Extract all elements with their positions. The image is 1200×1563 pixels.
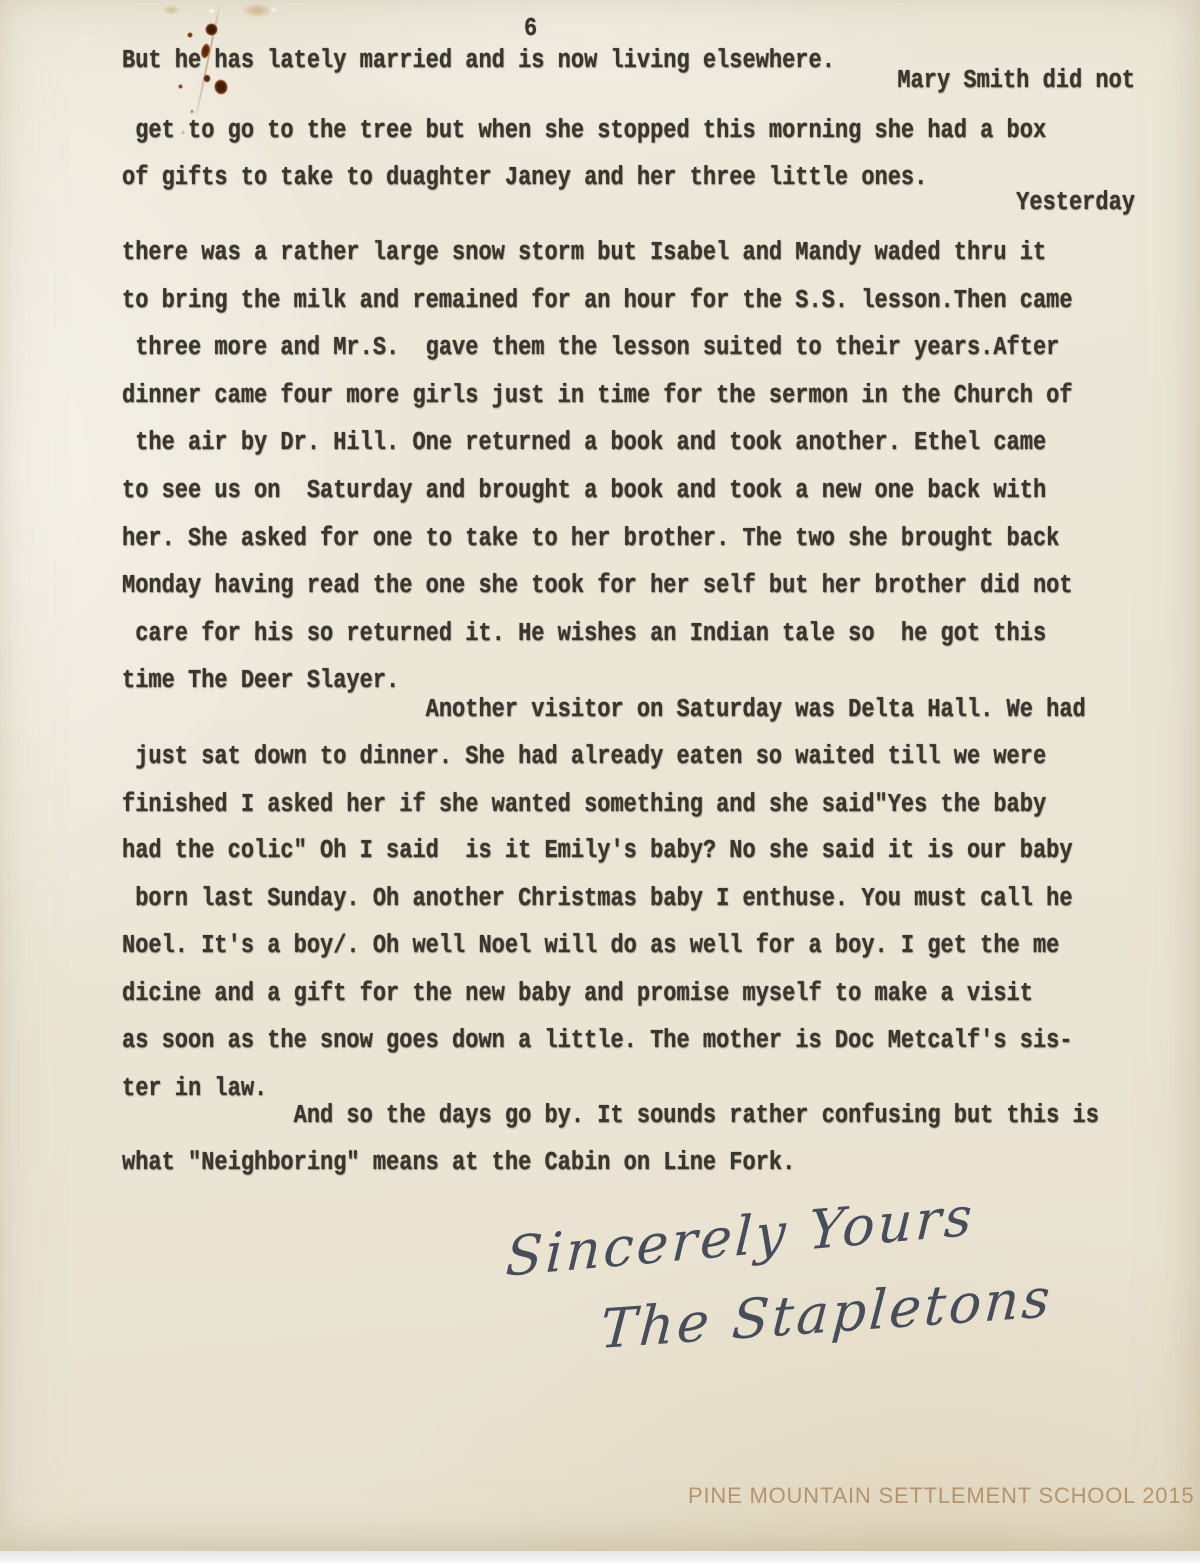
letter-line: Noel. It's a boy/. Oh well Noel will do … [122,931,1135,962]
stain-gloss-dot [270,7,277,13]
rust-stain [205,23,218,36]
letter-line: as soon as the snow goes down a little. … [122,1026,1135,1057]
letter-line: to see us on Saturday and brought a book… [122,476,1135,507]
letter-line: what "Neighboring" means at the Cabin on… [122,1148,1135,1179]
letter-line: Mary Smith did not [122,66,1135,97]
letter-line: the air by Dr. Hill. One returned a book… [122,428,1135,459]
letter-line: just sat down to dinner. She had already… [122,742,1135,773]
stain-smudge [162,5,180,15]
letter-line: had the colic" Oh I said is it Emily's b… [122,836,1135,867]
scan-edge [0,1551,1200,1563]
archive-watermark: PINE MOUNTAIN SETTLEMENT SCHOOL 2015 [688,1483,1194,1509]
letter-line: to bring the milk and remained for an ho… [122,286,1135,317]
letter-line: Another visitor on Saturday was Delta Ha… [122,695,1135,726]
letter-line: care for his so returned it. He wishes a… [122,619,1135,650]
letter-line: three more and Mr.S. gave them the lesso… [122,333,1135,364]
stain-gloss-dot [208,8,215,14]
letter-line: time The Deer Slayer. [122,666,1135,697]
letter-line: And so the days go by. It sounds rather … [122,1101,1135,1132]
letter-line: dicine and a gift for the new baby and p… [122,979,1135,1010]
signature-closing: Sincerely Yours [504,1184,976,1289]
letter-line: finished I asked her if she wanted somet… [122,790,1135,821]
stain-smudge [242,3,272,18]
letter-line: get to go to the tree but when she stopp… [122,116,1135,147]
letter-line: Yesterday [122,188,1135,219]
letter-line: her. She asked for one to take to her br… [122,524,1135,555]
rust-stain [187,32,193,38]
letter-line: there was a rather large snow storm but … [122,238,1135,269]
letter-page: 6 But he has lately married and is now l… [0,0,1200,1552]
rust-stain [190,109,194,114]
page-number: 6 [524,14,537,44]
letter-line: Monday having read the one she took for … [122,571,1135,602]
letter-line: born last Sunday. Oh another Christmas b… [122,884,1135,915]
signature-name: The Stapletons [598,1266,1055,1361]
letter-line: dinner came four more girls just in time… [122,381,1135,412]
